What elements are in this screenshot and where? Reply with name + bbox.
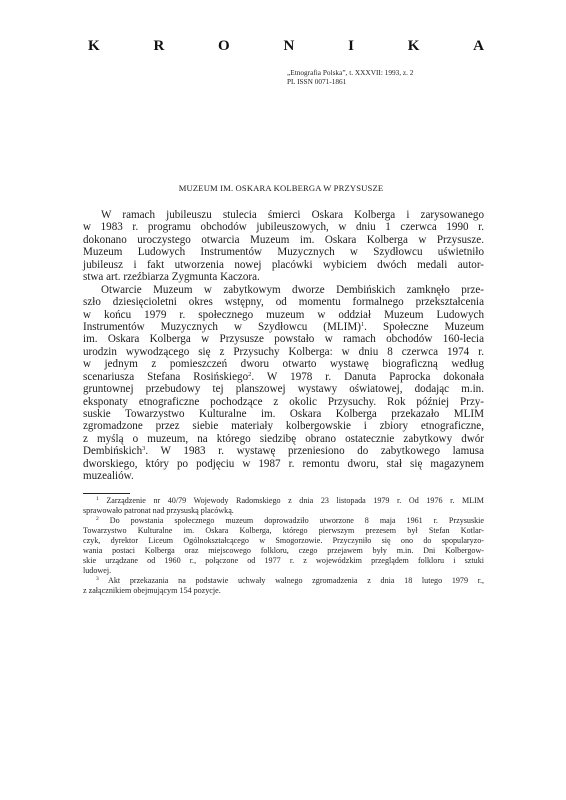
journal-citation: „Etnografia Polska”, t. XXXVII: 1993, z.… bbox=[287, 68, 413, 86]
footnote-3: 3 Akt przekazania na podstawie uchwały w… bbox=[83, 576, 484, 586]
footnote-2: 2 Do powstania społecznego muzeum doprow… bbox=[83, 516, 484, 526]
footnote-line-text: Towarzystwo Kulturalne im. Oskara Kolber… bbox=[83, 526, 484, 536]
body-line: eksponaty etnograficzne pochodzące z oko… bbox=[83, 396, 484, 408]
section-title-letter: K bbox=[408, 38, 420, 55]
body-line-text: urodzin wywodzącego się z Przysuchy Kolb… bbox=[83, 346, 484, 358]
body-line: dokonano uroczystego otwarcia Muzeum im.… bbox=[83, 234, 484, 246]
body-text-segment: . Społeczne Muzeum bbox=[364, 321, 484, 333]
body-line: dworskiego, który po podjęciu w 1987 r. … bbox=[83, 458, 484, 470]
section-title-letter: O bbox=[218, 38, 230, 55]
footnote-line-text: 2 Do powstania społecznego muzeum doprow… bbox=[96, 516, 484, 526]
footnote-text-segment: Zarządzenie nr 40/79 Wojewody Radomskieg… bbox=[106, 496, 484, 505]
footnote-text-segment: Akt przekazania na podstawie uchwały wal… bbox=[108, 576, 484, 585]
body-line-text: Instrumentów Muzycznych w Szydłowcu (MLI… bbox=[83, 321, 484, 333]
footnote-line: Towarzystwo Kulturalne im. Oskara Kolber… bbox=[83, 526, 484, 536]
body-line: w końcu 1979 r. społecznego muzeum w odd… bbox=[83, 309, 484, 321]
body-line: Dembińskich3. W 1983 r. wystawę przenies… bbox=[83, 445, 484, 457]
footnote-line: ludowej. bbox=[83, 566, 484, 576]
footnote-line-text: skie urządzane od 1960 r., połączone od … bbox=[83, 556, 484, 566]
body-line-text: scenariusza Stefana Rosińskiego2. W 1978… bbox=[83, 371, 484, 383]
footnote-separator-rule bbox=[83, 493, 130, 494]
body-line-text: szło dziesięcioletni okres wstępny, od m… bbox=[83, 296, 484, 308]
section-title-letter: I bbox=[348, 38, 354, 55]
body-line: szło dziesięcioletni okres wstępny, od m… bbox=[83, 296, 484, 308]
body-line: urodzin wywodzącego się z Przysuchy Kolb… bbox=[83, 346, 484, 358]
body-line-text: Muzeum Ludowych Instrumentów Muzycznych … bbox=[83, 246, 484, 258]
footnote-line-text: z załącznikiem obejmującym 154 pozycje. bbox=[83, 586, 484, 596]
section-title-kronika: K R O N I K A bbox=[88, 38, 484, 55]
body-line-text: w 1983 r. programu obchodów jubileuszowy… bbox=[83, 221, 484, 233]
citation-issn-line: PL ISSN 0071-1861 bbox=[287, 77, 413, 86]
footnote-1: 1 Zarządzenie nr 40/79 Wojewody Radomski… bbox=[83, 496, 484, 506]
body-line-text: Otwarcie Muzeum w zabytkowym dworze Demb… bbox=[101, 284, 484, 296]
body-line: stwa art. rzeźbiarza Zygmunta Kaczora. bbox=[83, 271, 484, 283]
section-title-letter: K bbox=[88, 38, 100, 55]
body-line: W ramach jubileuszu stulecia śmierci Osk… bbox=[83, 209, 484, 221]
body-text-segment: . W 1978 r. Danuta Paprocka dokonała bbox=[251, 371, 484, 383]
body-line: Muzeum Ludowych Instrumentów Muzycznych … bbox=[83, 246, 484, 258]
article-title-text: MUZEUM IM. OSKARA KOLBERGA W PRZYSUSZE bbox=[179, 183, 384, 193]
body-text-segment: . W 1983 r. wystawę przeniesiono do zaby… bbox=[145, 445, 484, 457]
section-title-letter: A bbox=[473, 38, 484, 55]
body-text-segment: scenariusza Stefana Rosińskiego bbox=[83, 371, 248, 383]
footnote-marker: 3 bbox=[96, 576, 99, 582]
body-line-text: jubileusz i fakt utworzenia nowej placów… bbox=[83, 259, 484, 271]
body-line-text: zgromadzone przez siebie materiały kolbe… bbox=[83, 420, 484, 432]
footnote-line-text: 3 Akt przekazania na podstawie uchwały w… bbox=[96, 576, 484, 586]
footnote-line-text: 1 Zarządzenie nr 40/79 Wojewody Radomski… bbox=[96, 496, 484, 506]
body-line-text: Dembińskich3. W 1983 r. wystawę przenies… bbox=[83, 445, 484, 457]
body-line: z myślą o muzeum, na którego siedzibę ob… bbox=[83, 433, 484, 445]
body-line: zgromadzone przez siebie materiały kolbe… bbox=[83, 420, 484, 432]
body-line: w jednym z pomieszczeń dworu otwarto wys… bbox=[83, 358, 484, 370]
footnote-marker: 1 bbox=[96, 496, 99, 502]
footnote-line: sprawowało patronat nad przysuską placów… bbox=[83, 506, 484, 516]
footnote-line: czyk, dyrektor Liceum Ogólnokształcącego… bbox=[83, 536, 484, 546]
body-line-text: z myślą o muzeum, na którego siedzibę ob… bbox=[83, 433, 484, 445]
document-page: K R O N I K A „Etnografia Polska”, t. XX… bbox=[0, 0, 566, 800]
footnote-line-text: wania postaci Kolberga oraz miejscowego … bbox=[83, 546, 484, 556]
body-line-text: w jednym z pomieszczeń dworu otwarto wys… bbox=[83, 358, 484, 370]
footnote-marker: 2 bbox=[96, 516, 99, 522]
body-line: Otwarcie Muzeum w zabytkowym dworze Demb… bbox=[83, 284, 484, 296]
section-title-letter: R bbox=[153, 38, 164, 55]
body-text-segment: Dembińskich bbox=[83, 445, 142, 457]
section-title-letter: N bbox=[283, 38, 294, 55]
footnote-line: z załącznikiem obejmującym 154 pozycje. bbox=[83, 586, 484, 596]
footnote-line: wania postaci Kolberga oraz miejscowego … bbox=[83, 546, 484, 556]
article-body: W ramach jubileuszu stulecia śmierci Osk… bbox=[83, 209, 484, 483]
footnotes: 1 Zarządzenie nr 40/79 Wojewody Radomski… bbox=[83, 496, 484, 596]
body-line: scenariusza Stefana Rosińskiego2. W 1978… bbox=[83, 371, 484, 383]
body-text-segment: Instrumentów Muzycznych w Szydłowcu (MLI… bbox=[83, 321, 361, 333]
body-line-text: dworskiego, który po podjęciu w 1987 r. … bbox=[83, 458, 484, 470]
body-line: w 1983 r. programu obchodów jubileuszowy… bbox=[83, 221, 484, 233]
body-line: gruntownej przebudowy tej planszowej wys… bbox=[83, 383, 484, 395]
footnote-text-segment: Do powstania społecznego muzeum doprowad… bbox=[110, 516, 484, 525]
article-title: MUZEUM IM. OSKARA KOLBERGA W PRZYSUSZE bbox=[0, 183, 566, 193]
body-line-text: W ramach jubileuszu stulecia śmierci Osk… bbox=[101, 209, 484, 221]
footnote-line: skie urządzane od 1960 r., połączone od … bbox=[83, 556, 484, 566]
footnote-line-text: czyk, dyrektor Liceum Ogólnokształcącego… bbox=[83, 536, 484, 546]
footnote-line-text: sprawowało patronat nad przysuską placów… bbox=[83, 506, 484, 516]
body-line: Instrumentów Muzycznych w Szydłowcu (MLI… bbox=[83, 321, 484, 333]
body-line: im. Oskara Kolberga w Przysusze powstało… bbox=[83, 333, 484, 345]
body-line-text: stwa art. rzeźbiarza Zygmunta Kaczora. bbox=[83, 271, 484, 283]
body-line-text: gruntownej przebudowy tej planszowej wys… bbox=[83, 383, 484, 395]
citation-journal-line: „Etnografia Polska”, t. XXXVII: 1993, z.… bbox=[287, 68, 413, 77]
body-line-text: suskie Towarzystwo Kulturalne im. Oskara… bbox=[83, 408, 484, 420]
body-line-text: dokonano uroczystego otwarcia Muzeum im.… bbox=[83, 234, 484, 246]
body-line: muzealiów. bbox=[83, 470, 484, 482]
body-line: jubileusz i fakt utworzenia nowej placów… bbox=[83, 259, 484, 271]
body-line: suskie Towarzystwo Kulturalne im. Oskara… bbox=[83, 408, 484, 420]
body-line-text: w końcu 1979 r. społecznego muzeum w odd… bbox=[83, 309, 484, 321]
body-line-text: muzealiów. bbox=[83, 470, 484, 482]
body-line-text: im. Oskara Kolberga w Przysusze powstało… bbox=[83, 333, 484, 345]
body-line-text: eksponaty etnograficzne pochodzące z oko… bbox=[83, 396, 484, 408]
footnote-line-text: ludowej. bbox=[83, 566, 484, 576]
